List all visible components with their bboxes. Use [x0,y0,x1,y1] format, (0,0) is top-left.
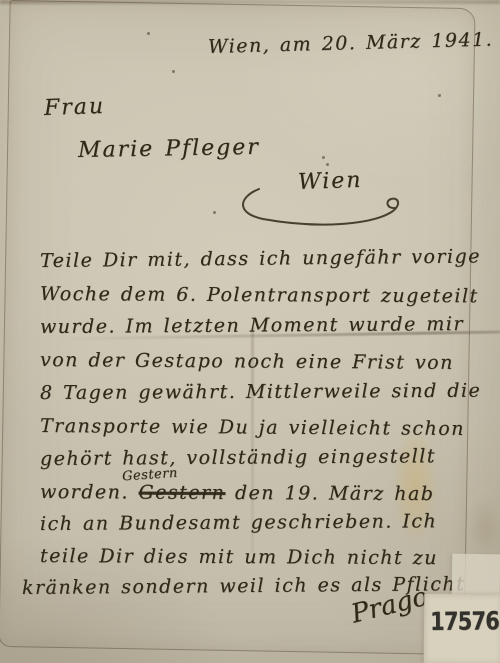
body-line: ich an Bundesamt geschrieben. Ich [40,510,437,535]
paper-patch [452,554,500,599]
paper-speck [213,211,216,214]
letter-scan: Wien, am 20. März 1941. Frau Marie Pfleg… [0,0,500,663]
body-line: gehört hast, vollständig eingestellt [40,445,436,470]
underline-flourish [233,183,418,235]
body-line: teile Dir dies mit um Dich nicht zu [40,545,438,569]
paper-speck [147,32,150,35]
body-line-with-correction: worden. Gestern den 19. März hab Gestern [40,481,435,505]
paper-speck [172,70,175,73]
body-line: wurde. Im letzten Moment wurde mir [40,313,464,338]
archive-number: 17576 [430,606,499,636]
paper-speck [438,94,441,97]
body-line: Teile Dir mit, dass ich ungefähr vorige [40,245,481,272]
paper-stain-right [468,498,500,558]
body-line-suffix: den 19. März hab [225,482,434,505]
paper-speck [326,163,329,166]
body-line: 8 Tagen gewährt. Mittlerweile sind die [40,380,481,404]
body-line: von der Gestapo noch eine Frist von [40,349,454,374]
paper-speck [322,156,325,159]
struck-word: Gestern [138,482,225,504]
recipient-name: Marie Pfleger [78,135,260,163]
body-line-prefix: worden. [40,481,139,504]
salutation: Frau [44,94,106,121]
body-line: Woche dem 6. Polentransport zugeteilt [40,283,479,307]
body-line: Transporte wie Du ja vielleicht schon [40,415,465,440]
